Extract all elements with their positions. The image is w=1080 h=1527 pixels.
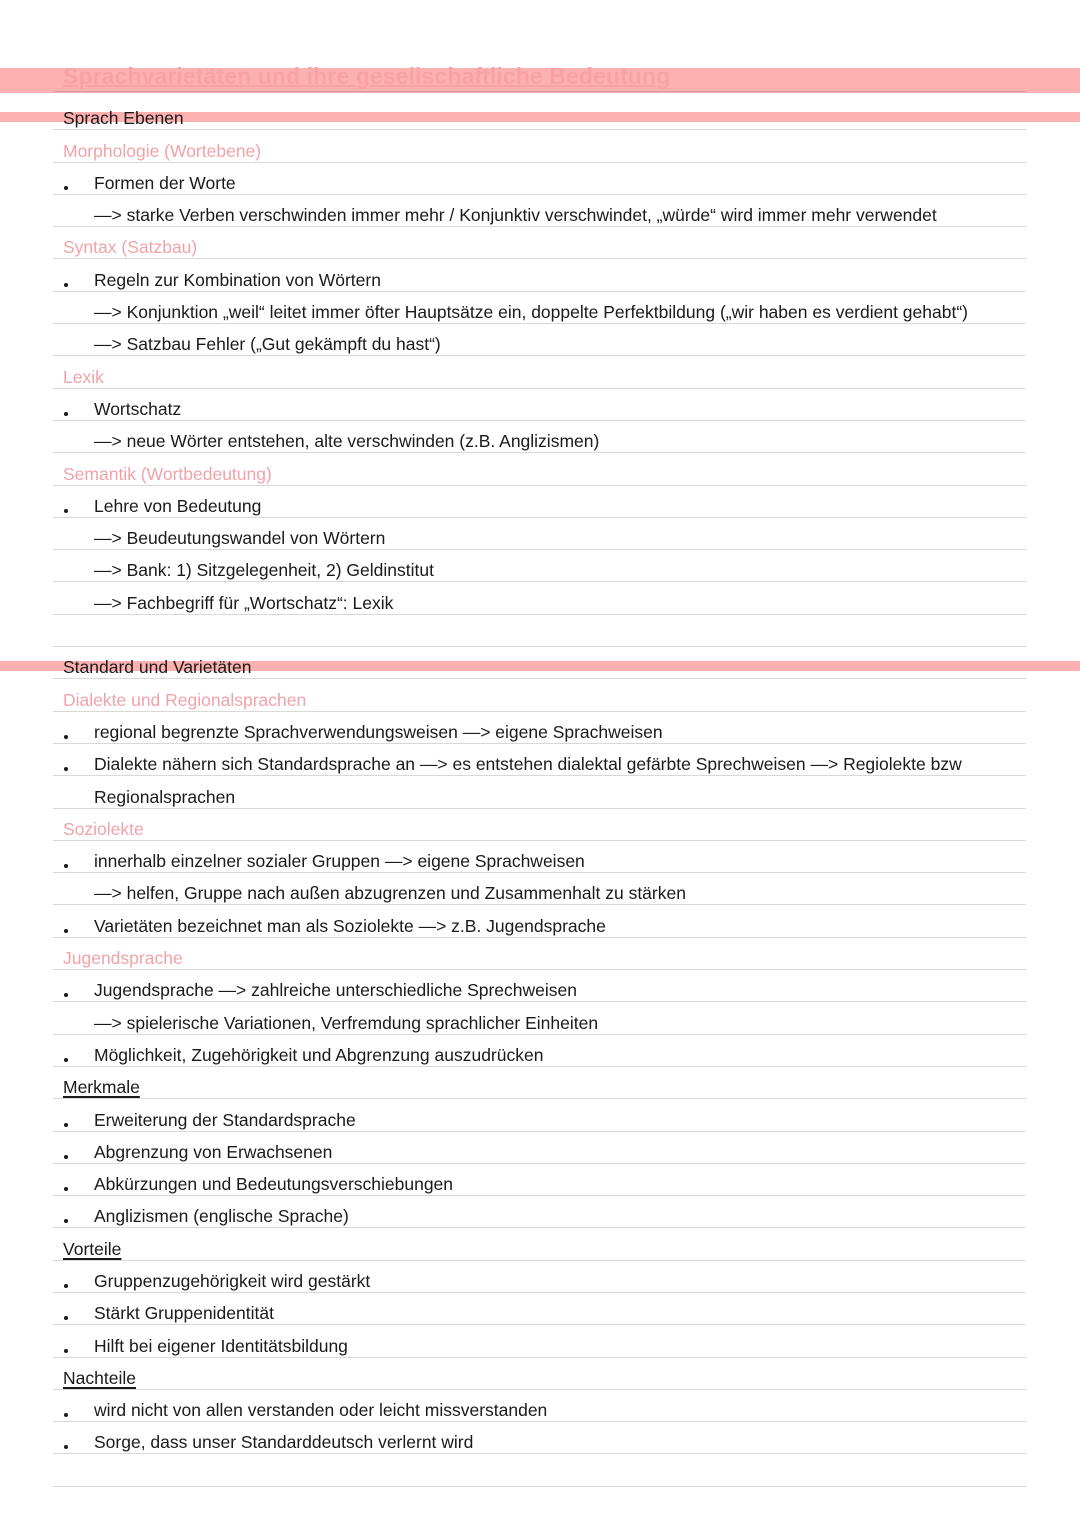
document-title: Sprachvarietäten und ihre gesellschaftli… — [63, 63, 670, 90]
line-text: Möglichkeit, Zugehörigkeit und Abgrenzun… — [94, 1045, 543, 1065]
bullet-item: Gruppenzugehörigkeit wird gestärkt — [53, 1261, 1026, 1293]
line-text: Lehre von Bedeutung — [94, 496, 261, 516]
bullet-item: Möglichkeit, Zugehörigkeit und Abgrenzun… — [53, 1035, 1026, 1067]
line-text: Dialekte und Regionalsprachen — [63, 690, 306, 710]
line-text: Vorteile — [63, 1239, 121, 1259]
bullet-icon — [64, 1219, 68, 1223]
line-text: Standard und Varietäten — [63, 657, 251, 677]
line-text: —> Satzbau Fehler („Gut gekämpft du hast… — [94, 334, 441, 354]
line-text: Soziolekte — [63, 819, 144, 839]
subheading: Dialekte und Regionalsprachen — [53, 679, 1026, 711]
line-text: Anglizismen (englische Sprache) — [94, 1206, 349, 1226]
bullet-icon — [64, 767, 68, 771]
title-rule — [53, 91, 1026, 92]
subheading: Soziolekte — [53, 809, 1026, 841]
line-text: Abkürzungen und Bedeutungsverschiebungen — [94, 1174, 453, 1194]
line-text: Sorge, dass unser Standarddeutsch verler… — [94, 1432, 473, 1452]
bullet-icon — [64, 735, 68, 739]
bullet-icon — [64, 1413, 68, 1417]
line-text: Lexik — [63, 367, 104, 387]
bullet-item: Dialekte nähern sich Standardsprache an … — [53, 744, 1026, 776]
subheading: Semantik (Wortbedeutung) — [53, 453, 1026, 485]
bullet-item: wird nicht von allen verstanden oder lei… — [53, 1390, 1026, 1422]
bullet-icon — [64, 993, 68, 997]
bullet-icon — [64, 864, 68, 868]
bullet-item: Varietäten bezeichnet man als Soziolekte… — [53, 905, 1026, 937]
subheading: Jugendsprache — [53, 938, 1026, 970]
line-text: —> neue Wörter entstehen, alte verschwin… — [94, 431, 599, 451]
indented-note: —> Beudeutungswandel von Wörtern — [53, 518, 1026, 550]
bullet-icon — [64, 186, 68, 190]
bullet-icon — [64, 1058, 68, 1062]
line-text: —> Konjunktion „weil“ leitet immer öfter… — [94, 302, 968, 322]
bullet-icon — [64, 412, 68, 416]
line-text: Nachteile — [63, 1368, 136, 1388]
indented-note: —> Bank: 1) Sitzgelegenheit, 2) Geldinst… — [53, 550, 1026, 582]
bullet-item: Erweiterung der Standardsprache — [53, 1099, 1026, 1131]
bullet-item: Regeln zur Kombination von Wörtern — [53, 259, 1026, 291]
line-text: Wortschatz — [94, 399, 181, 419]
indented-note: —> neue Wörter entstehen, alte verschwin… — [53, 421, 1026, 453]
indented-note: —> Fachbegriff für „Wortschatz“: Lexik — [53, 582, 1026, 614]
line-text: Syntax (Satzbau) — [63, 237, 197, 257]
subheading: Morphologie (Wortebene) — [53, 130, 1026, 162]
line-text: Regionalsprachen — [94, 787, 235, 807]
bullet-icon — [64, 1155, 68, 1159]
bullet-icon — [64, 283, 68, 287]
line-text: Formen der Worte — [94, 173, 236, 193]
bullet-item: Abgrenzung von Erwachsenen — [53, 1132, 1026, 1164]
line-text: —> Beudeutungswandel von Wörtern — [94, 528, 385, 548]
line-text: Semantik (Wortbedeutung) — [63, 464, 272, 484]
bullet-icon — [64, 1187, 68, 1191]
bullet-icon — [64, 929, 68, 933]
line-text: —> Bank: 1) Sitzgelegenheit, 2) Geldinst… — [94, 560, 434, 580]
line-text: Gruppenzugehörigkeit wird gestärkt — [94, 1271, 370, 1291]
bullet-item: Hilft bei eigener Identitätsbildung — [53, 1325, 1026, 1357]
bullet-icon — [64, 1349, 68, 1353]
line-text: Stärkt Gruppenidentität — [94, 1303, 274, 1323]
bullet-item: Jugendsprache —> zahlreiche unterschiedl… — [53, 970, 1026, 1002]
bullet-item: Lehre von Bedeutung — [53, 486, 1026, 518]
line-text: Jugendsprache —> zahlreiche unterschiedl… — [94, 980, 577, 1000]
line-text: Dialekte nähern sich Standardsprache an … — [94, 754, 962, 774]
bullet-icon — [64, 1123, 68, 1127]
line-text: Erweiterung der Standardsprache — [94, 1110, 356, 1130]
blank-line — [53, 1454, 1026, 1486]
indented-note: —> Satzbau Fehler („Gut gekämpft du hast… — [53, 324, 1026, 356]
section-heading: Sprach Ebenen — [53, 98, 1026, 130]
indented-note: —> spielerische Variationen, Verfremdung… — [53, 1002, 1026, 1034]
underlined-heading: Nachteile — [53, 1358, 1026, 1390]
bullet-item: innerhalb einzelner sozialer Gruppen —> … — [53, 841, 1026, 873]
subheading: Lexik — [53, 356, 1026, 388]
bullet-icon — [64, 1316, 68, 1320]
bullet-item: Abkürzungen und Bedeutungsverschiebungen — [53, 1164, 1026, 1196]
bullet-item: Sorge, dass unser Standarddeutsch verler… — [53, 1422, 1026, 1454]
line-text: Jugendsprache — [63, 948, 183, 968]
line-text: —> helfen, Gruppe nach außen abzugrenzen… — [94, 883, 686, 903]
indented-note: Regionalsprachen — [53, 776, 1026, 808]
line-text: Regeln zur Kombination von Wörtern — [94, 270, 381, 290]
blank-line — [53, 615, 1026, 647]
indented-note: —> starke Verben verschwinden immer mehr… — [53, 195, 1026, 227]
bullet-item: Stärkt Gruppenidentität — [53, 1293, 1026, 1325]
line-text: Sprach Ebenen — [63, 108, 184, 128]
line-text: Merkmale — [63, 1077, 140, 1097]
line-text: —> Fachbegriff für „Wortschatz“: Lexik — [94, 593, 393, 613]
line-text: Varietäten bezeichnet man als Soziolekte… — [94, 916, 606, 936]
underlined-heading: Merkmale — [53, 1067, 1026, 1099]
bullet-icon — [64, 1445, 68, 1449]
bullet-item: regional begrenzte Sprachverwendungsweis… — [53, 712, 1026, 744]
line-text: innerhalb einzelner sozialer Gruppen —> … — [94, 851, 585, 871]
note-lines: Sprach EbenenMorphologie (Wortebene)Form… — [53, 98, 1026, 1487]
line-text: —> spielerische Variationen, Verfremdung… — [94, 1013, 598, 1033]
underlined-heading: Vorteile — [53, 1228, 1026, 1260]
bullet-item: Wortschatz — [53, 389, 1026, 421]
line-text: —> starke Verben verschwinden immer mehr… — [94, 205, 937, 225]
subheading: Syntax (Satzbau) — [53, 227, 1026, 259]
line-text: regional begrenzte Sprachverwendungsweis… — [94, 722, 663, 742]
bullet-icon — [64, 509, 68, 513]
line-text: Morphologie (Wortebene) — [63, 141, 261, 161]
bullet-icon — [64, 1284, 68, 1288]
indented-note: —> helfen, Gruppe nach außen abzugrenzen… — [53, 873, 1026, 905]
bullet-item: Anglizismen (englische Sprache) — [53, 1196, 1026, 1228]
line-text: wird nicht von allen verstanden oder lei… — [94, 1400, 547, 1420]
indented-note: —> Konjunktion „weil“ leitet immer öfter… — [53, 292, 1026, 324]
line-text: Hilft bei eigener Identitätsbildung — [94, 1336, 348, 1356]
section-heading: Standard und Varietäten — [53, 647, 1026, 679]
bullet-item: Formen der Worte — [53, 163, 1026, 195]
line-text: Abgrenzung von Erwachsenen — [94, 1142, 332, 1162]
